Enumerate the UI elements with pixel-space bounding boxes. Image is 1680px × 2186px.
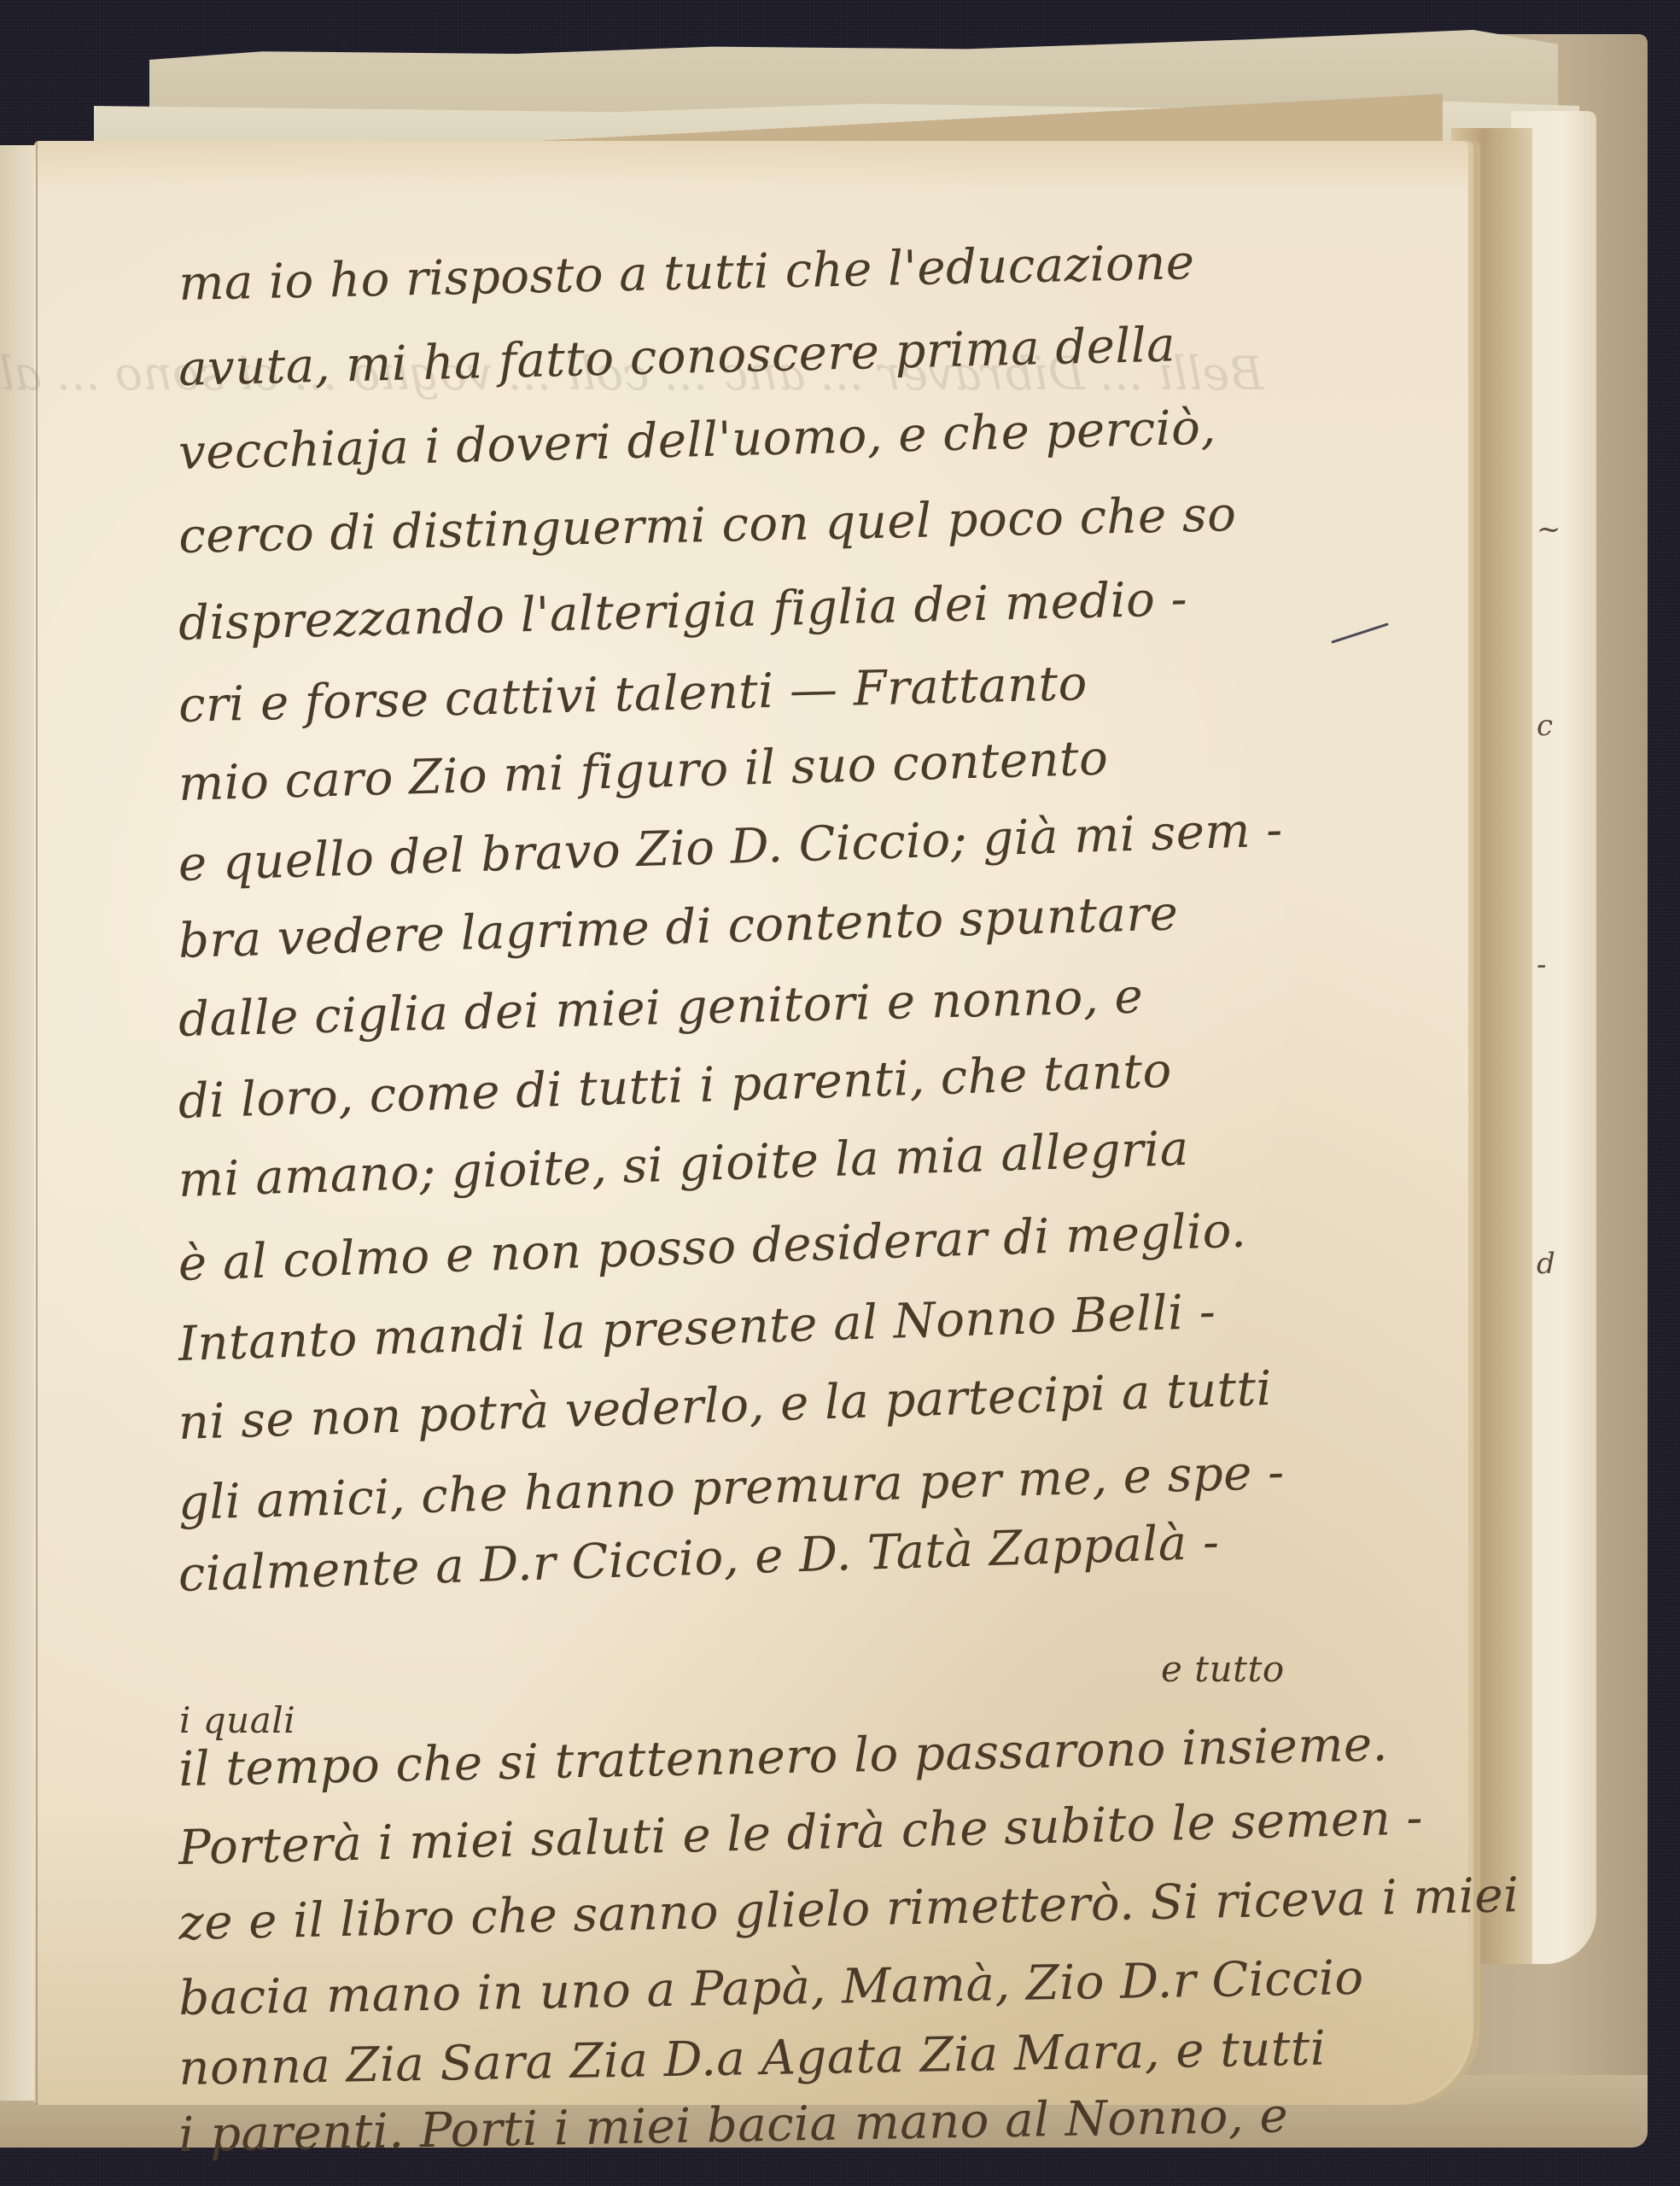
inserted-word: i quali: [179, 1699, 295, 1741]
facing-left-page-edge: [0, 145, 34, 2101]
interlinear-insertion: e tutto: [1161, 1648, 1285, 1690]
marginal-ink-marks: ~ c - d: [1537, 512, 1571, 1281]
